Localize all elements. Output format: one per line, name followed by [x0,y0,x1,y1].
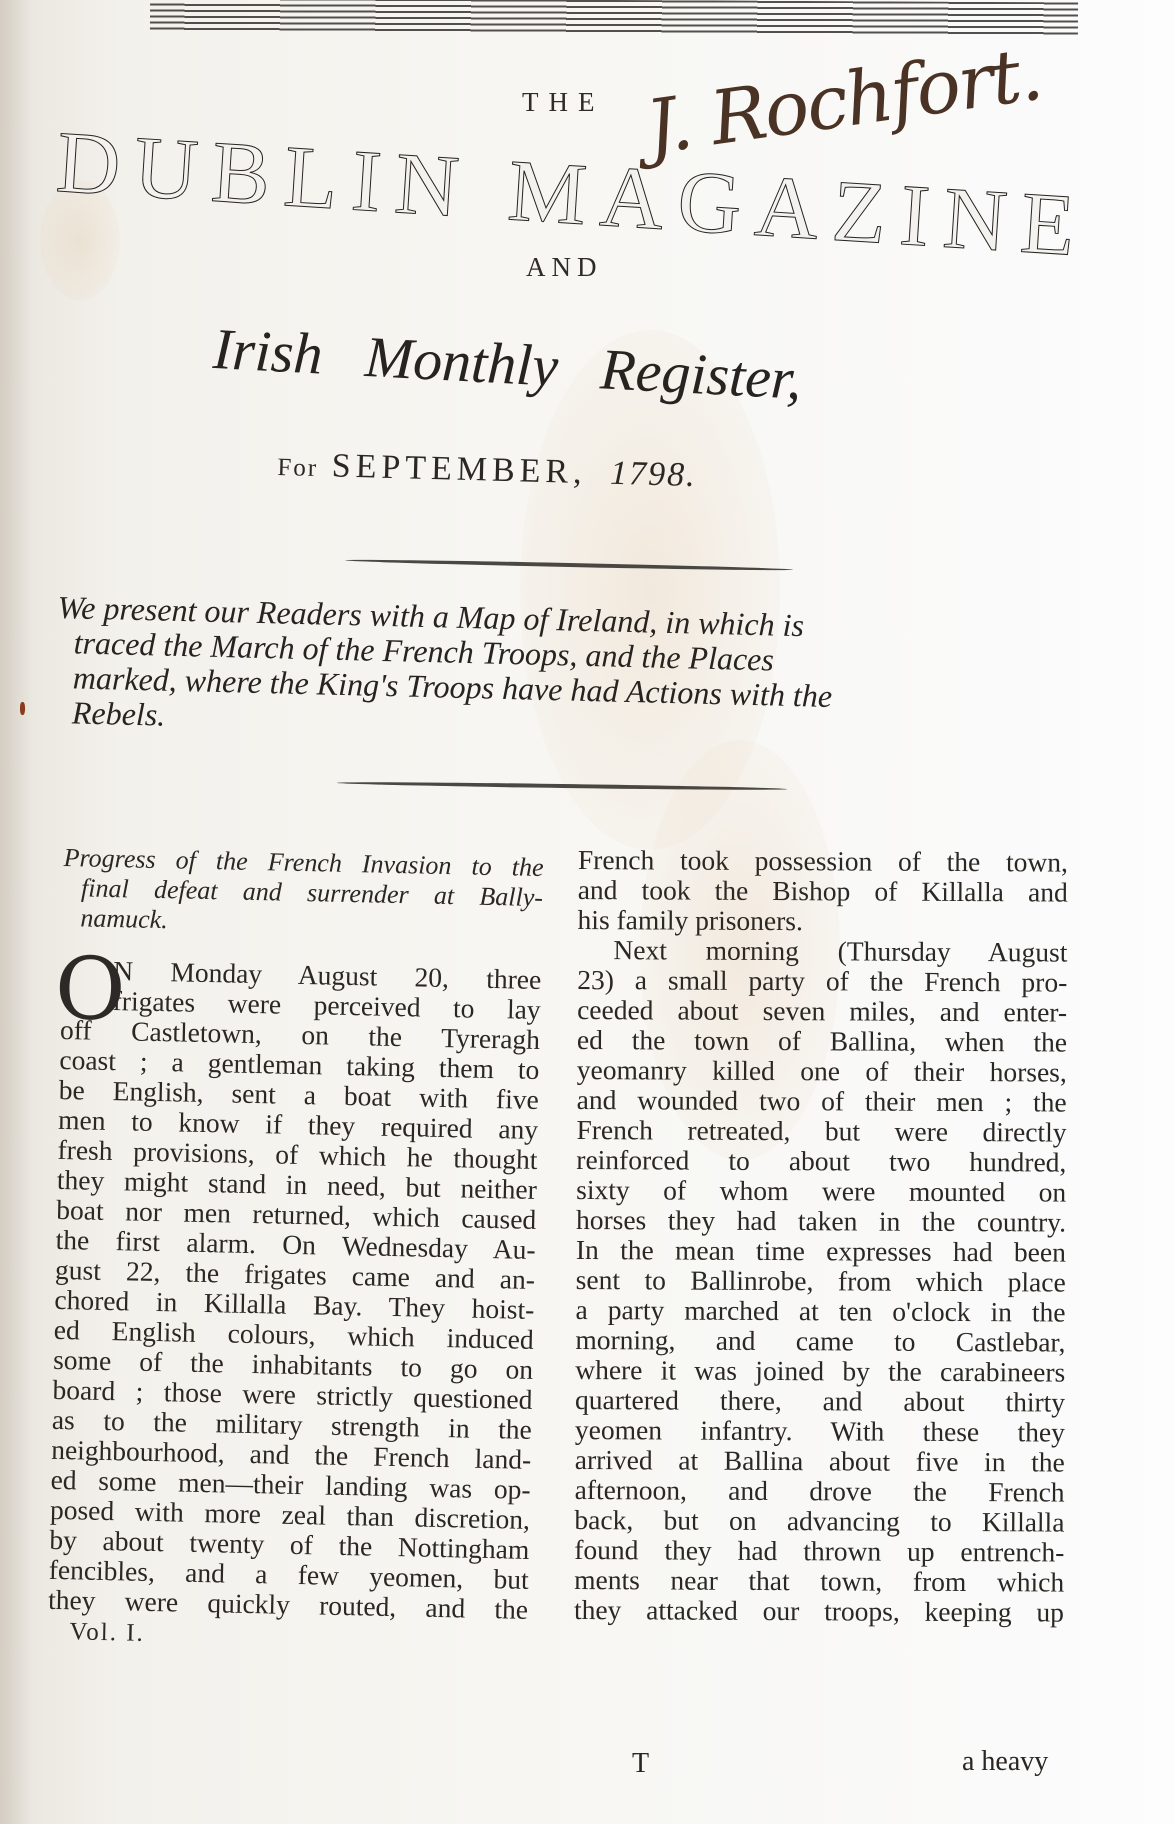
text-line: his family prisoners. [578,905,1068,938]
catchword: a heavy [962,1746,1048,1778]
handwritten-signature: J. Rochfort. [641,31,1046,171]
text-line: ceeded about seven miles, and enter- [577,995,1067,1028]
ink-spot [20,702,25,715]
drop-cap: O [54,957,126,1022]
text-line: back, but on advancing to Killalla [574,1505,1064,1538]
text-line: where it was joined by the carabineers [575,1355,1065,1388]
text-line: ments near that town, from which [574,1565,1064,1598]
text-line: arrived at Ballina about five in the [575,1445,1065,1478]
text-line: found they had thrown up entrench- [574,1535,1064,1568]
text-line: afternoon, and drove the French [575,1475,1065,1508]
opening-paragraph: O N Monday August 20, three frigates wer… [48,955,542,1625]
issue-month: SEPTEMBER, [331,447,587,491]
map-notice: We present our Readers with a Map of Ire… [55,590,1068,755]
text-line: ed the town of Ballina, when the [577,1025,1067,1058]
text-line: reinforced to about two hundred, [576,1145,1066,1178]
top-border-rule [150,0,1078,36]
text-line: 23) a small party of the French pro- [577,965,1067,998]
text-line: a party marched at ten o'clock in the [575,1295,1065,1328]
title-and: AND [526,252,603,283]
scanned-page: THE J. Rochfort. DUBLIN MAGAZINE AND Iri… [0,0,1175,1824]
text-line: sent to Ballinrobe, from which place [576,1265,1066,1298]
text-line: and wounded two of their men ; the [577,1085,1067,1118]
binding-shadow [0,0,30,1824]
article-column-right: French took possession of the town, and … [574,845,1068,1628]
text-line: and took the Bishop of Killalla and [578,875,1068,908]
for-label: For [277,454,318,482]
text-line: they attacked our troops, keeping up [574,1595,1064,1628]
subtitle: Irish Monthly Register, [211,315,803,413]
text-line: horses they had taken in the country. [576,1205,1066,1238]
text-line: yeomen infantry. With these they [575,1415,1065,1448]
article-heading: Progress of the French Invasion to the f… [62,843,544,943]
article-column-left: Progress of the French Invasion to the f… [47,843,544,1657]
text-line: Next morning (Thursday August [577,935,1067,968]
text-line: In the mean time expresses had been [576,1235,1066,1268]
text-line: French took possession of the town, [578,845,1068,878]
text-line: morning, and came to Castlebar, [575,1325,1065,1358]
issue-year: 1798. [610,455,697,494]
signature-mark: T [632,1748,649,1780]
text-line: quartered there, and about thirty [575,1385,1065,1418]
text-line: French retreated, but were directly [576,1115,1066,1148]
text-line: sixty of whom were mounted on [576,1175,1066,1208]
text-line: yeomanry killed one of their horses, [577,1055,1067,1088]
title-the: THE [522,87,604,118]
